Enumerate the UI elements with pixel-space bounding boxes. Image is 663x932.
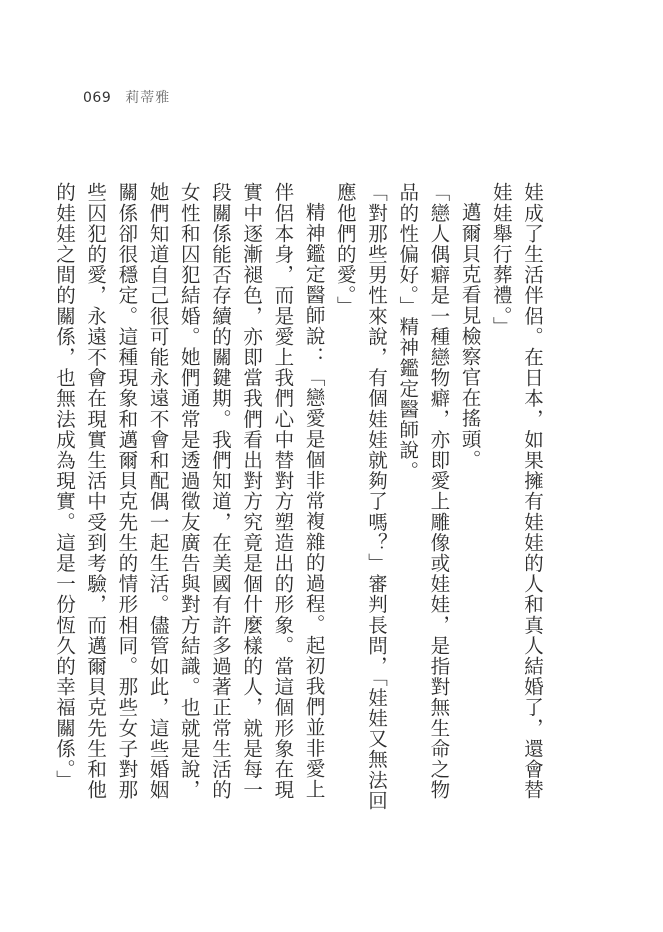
page-number: 069 — [83, 90, 111, 106]
paragraph: 邁爾貝克看見檢察官在搖頭。 — [454, 182, 485, 812]
paragraph: 「對那些男性來說，有個娃娃就夠了嗎？」審判長問，「娃娃又無法回應他們的愛。」 — [330, 182, 392, 812]
paragraph: 娃成了生活伴侶。在日本，如果擁有娃娃的人和真人結婚了，還會替娃娃舉行葬禮。」 — [486, 182, 548, 812]
paragraph: 「戀人偶癖是一種戀物癖，亦即愛上雕像或娃娃，是指對無生命之物品的性偏好。」精神鑑… — [392, 182, 454, 812]
running-title: 莉蒂雅 — [125, 87, 170, 107]
page-header: 069 莉蒂雅 — [83, 87, 170, 107]
paragraph: 精神鑑定醫師說：「戀愛是個非常複雜的過程。起初我們並非愛上伴侶本身，而是愛上我們… — [49, 182, 330, 812]
vertical-body-text: 娃成了生活伴侶。在日本，如果擁有娃娃的人和真人結婚了，還會替娃娃舉行葬禮。」 邁… — [78, 182, 548, 812]
